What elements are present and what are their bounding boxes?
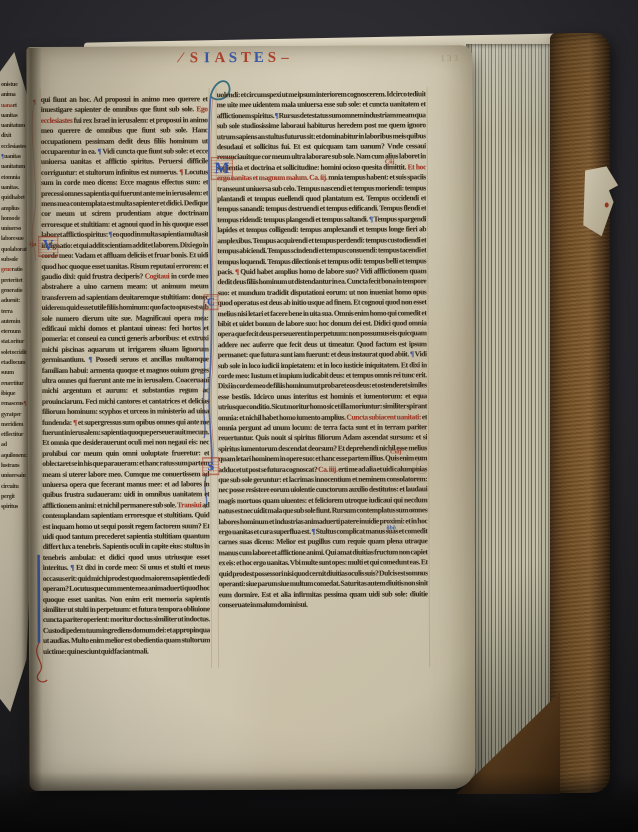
header-letter: ⁄: [174, 50, 187, 67]
bottom-shadow: [0, 772, 638, 832]
text-run: uana: [1, 103, 13, 109]
text-run: Stultus complicat manus suas et comedit …: [219, 526, 428, 609]
text-run: Cuncta subiacent uanitati:: [346, 412, 421, 421]
chapter-mark-1: Ciij: [385, 159, 395, 165]
leather-binding: [550, 33, 610, 793]
header-letter: A: [213, 50, 226, 67]
text-run: ad contemplandam sapientiam erroresque e…: [42, 500, 209, 572]
header-letter: S: [265, 50, 278, 67]
fore-edge-page-stack: [466, 44, 562, 786]
text-run: Vidi sub sole in loco iudicii impietatem…: [218, 349, 427, 421]
chapter-mark-2: Ciiij: [390, 449, 401, 455]
text-run: onis tue anima: [1, 82, 17, 98]
chapter-mark-3: ōbō: [386, 525, 395, 531]
illuminated-initial-small: C: [203, 294, 218, 310]
text-run: et supergressus sum opibus omnes qui ant…: [42, 417, 209, 510]
text-run: Cogitaui: [145, 271, 171, 280]
text-run: Locutus sum in corde meo dicens: Ecce ma…: [41, 167, 208, 239]
text-column-right: uolendi: et circumspexi ut me ipsum inte…: [217, 89, 428, 656]
parchment-index-tab: [581, 165, 620, 237]
illuminated-initial-right: M: [211, 157, 233, 180]
header-letter: T: [239, 50, 252, 67]
text-run: erti me ad alia et uidi calumpnias que s…: [218, 464, 427, 536]
text-run: Custodi pedem tuum ingrediens domum dei:…: [43, 625, 210, 656]
text-run: Transiui: [177, 500, 202, 509]
header-letter: –: [278, 50, 291, 67]
text-run: in corde meo abstrahere a uino carnem me…: [41, 271, 208, 364]
header-letter: S: [187, 50, 200, 67]
gutter-shadow: [22, 48, 42, 792]
running-header-siastes: ⁄SIASTES–: [174, 50, 334, 77]
tab-red-dot: [604, 203, 608, 208]
header-letter: S: [226, 50, 239, 67]
folio-number: 133: [440, 53, 460, 63]
header-letter: I: [200, 50, 213, 67]
text-run: qui fiunt an hoc. Ad proposui in animo m…: [41, 94, 208, 114]
illuminated-initial-lower: S: [202, 457, 219, 475]
manuscript-page: ⁄SIASTES– 133 qui fiunt an hoc. Ad propo…: [26, 45, 475, 791]
header-letter: E: [252, 50, 265, 67]
text-run: Possedi seruos et ancillas multamque fam…: [42, 354, 209, 426]
photo-background: onis tue anima uana et uanitas uanitatum…: [0, 0, 638, 832]
text-column-left: qui fiunt an hoc. Ad proposui in animo m…: [41, 94, 210, 657]
text-run: gene: [1, 267, 12, 273]
text-run: Ca. iiij.: [318, 464, 338, 473]
text-run: Quid habet amplius homo de labore suo? V…: [217, 266, 426, 359]
text-run: ¶: [88, 355, 95, 364]
